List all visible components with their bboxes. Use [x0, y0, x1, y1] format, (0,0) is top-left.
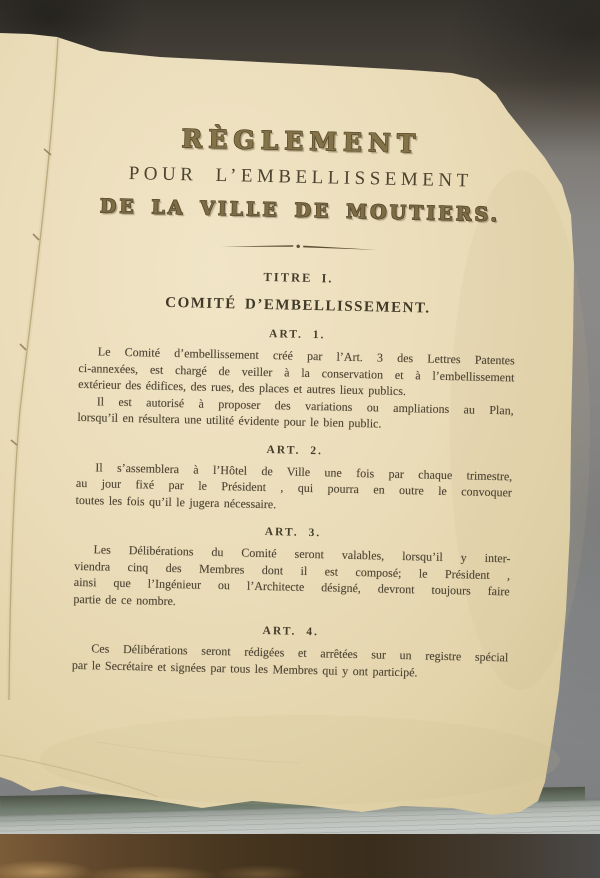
section-kicker: TITRE I.	[80, 266, 516, 291]
document-subtitle-2: DE LA VILLE DE MOUTIERS.	[82, 195, 518, 227]
page-shading-bottom	[40, 715, 560, 805]
page-text-block: RÈGLEMENT POUR L’EMBELLISSEMENT DE LA VI…	[72, 116, 520, 682]
divider-ornament	[81, 234, 517, 253]
swelled-rule-icon	[219, 241, 379, 253]
article-1: ART. 1. Le Comité d’embellissement créé …	[77, 324, 515, 435]
document-title: RÈGLEMENT	[83, 122, 520, 161]
article-label: ART. 2.	[77, 439, 513, 461]
article-2: ART. 2. Il s’assemblera à l’Hôtel de Vil…	[75, 439, 512, 517]
document-subtitle: POUR L’EMBELLISSEMENT	[83, 162, 519, 194]
article-4: ART. 4. Ces Délibérations seront rédigée…	[72, 621, 509, 682]
section-heading: COMITÉ D’EMBELLISSEMENT.	[80, 293, 516, 320]
book-photo: RÈGLEMENT POUR L’EMBELLISSEMENT DE LA VI…	[0, 0, 600, 878]
article-label: ART. 3.	[75, 522, 511, 544]
article-label: ART. 4.	[73, 621, 509, 643]
article-3: ART. 3. Les Délibérations du Comité sero…	[73, 522, 511, 616]
article-label: ART. 1.	[79, 324, 515, 346]
